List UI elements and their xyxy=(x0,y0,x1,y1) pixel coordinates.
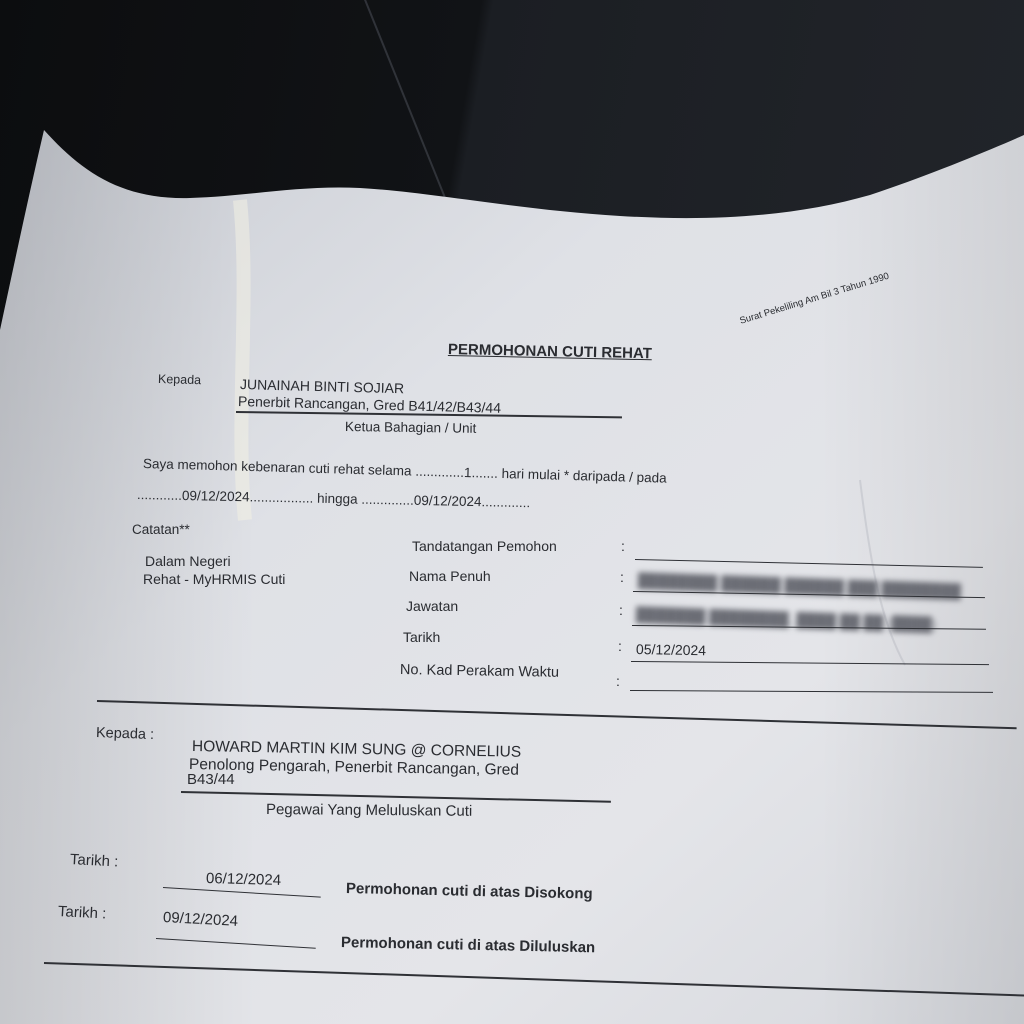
notes-label: Catatan** xyxy=(132,522,190,537)
to-date: 09/12/2024 xyxy=(414,493,482,509)
separator: : xyxy=(616,673,620,689)
separator: : xyxy=(619,602,623,618)
field-label-full-name: Nama Penuh xyxy=(409,568,491,584)
notes-line-2: Rehat - MyHRMIS Cuti xyxy=(143,571,285,587)
support-date-label: Tarikh : xyxy=(70,851,119,871)
separator: : xyxy=(621,538,625,554)
paper-sheet xyxy=(0,0,1024,1024)
field-label-date: Tarikh xyxy=(403,629,440,645)
recipient-role-caption: Ketua Bahagian / Unit xyxy=(345,419,477,436)
from-date: 09/12/2024 xyxy=(182,488,250,504)
separator: : xyxy=(618,638,622,654)
field-label-position: Jawatan xyxy=(406,598,458,614)
approval-date-label: Tarikh : xyxy=(58,903,107,923)
approver-label: Kepada : xyxy=(96,725,155,743)
application-date-value: 05/12/2024 xyxy=(636,641,706,658)
field-label-signature: Tandatangan Pemohon xyxy=(412,538,557,554)
field-label-time-card: No. Kad Perakam Waktu xyxy=(400,662,559,681)
approver-position-2: B43/44 xyxy=(187,771,235,788)
until-label: hingga xyxy=(317,491,358,507)
recipient-label: Kepada xyxy=(158,372,201,387)
approver-role-caption: Pegawai Yang Meluluskan Cuti xyxy=(266,801,472,820)
separator: : xyxy=(620,569,624,585)
support-date-value: 06/12/2024 xyxy=(206,870,281,889)
notes-line-1: Dalam Negeri xyxy=(145,553,231,569)
